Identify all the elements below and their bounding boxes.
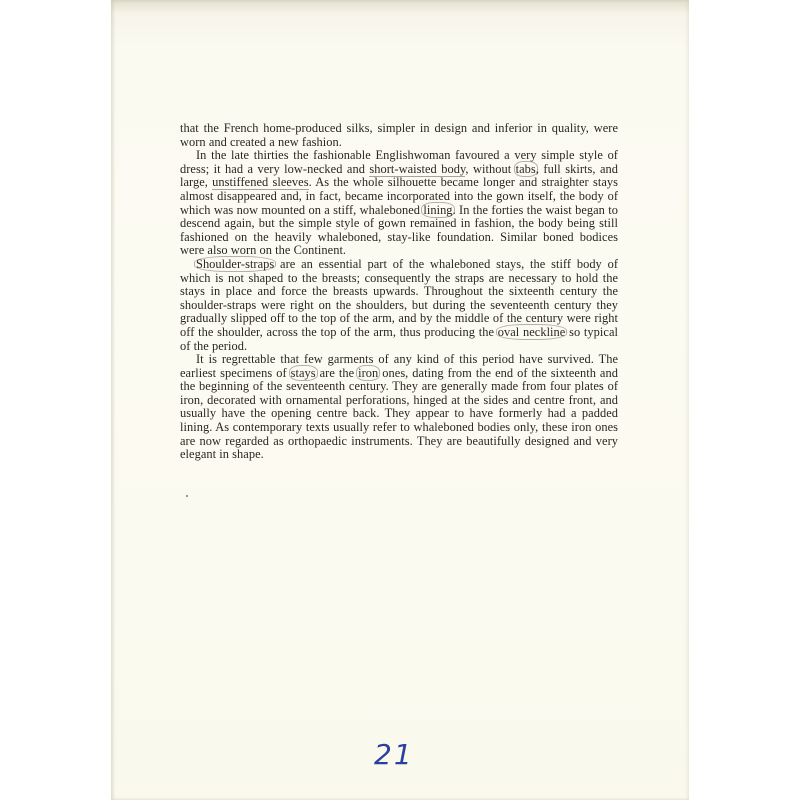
pencil-circled-term: oval neckline bbox=[496, 324, 568, 340]
paragraph: that the French home-produced silks, sim… bbox=[180, 122, 618, 149]
pencil-circled-term: stays bbox=[289, 365, 318, 381]
paper-speck bbox=[186, 495, 188, 497]
text-run: that the French home-produced silks, sim… bbox=[180, 121, 618, 149]
pencil-circled-term: tabs bbox=[514, 161, 538, 177]
pencil-circled-term: iron bbox=[356, 365, 380, 381]
pencil-circled-term: lining bbox=[421, 202, 454, 218]
body-text: that the French home-produced silks, sim… bbox=[180, 122, 618, 462]
paper-sheet: that the French home-produced silks, sim… bbox=[111, 0, 689, 800]
handwritten-page-number: 21 bbox=[374, 738, 414, 771]
text-run: ones, dating from the end of the sixteen… bbox=[180, 366, 618, 462]
text-run: , without bbox=[465, 162, 515, 176]
scanned-page: that the French home-produced silks, sim… bbox=[0, 0, 800, 800]
paragraph: In the late thirties the fashionable Eng… bbox=[180, 149, 618, 258]
paragraph: Shoulder-straps are an essential part of… bbox=[180, 258, 618, 353]
text-run: are the bbox=[316, 366, 359, 380]
pencil-circled-term: Shoulder-straps bbox=[194, 256, 276, 272]
paragraph: It is regrettable that few garments of a… bbox=[180, 353, 618, 462]
